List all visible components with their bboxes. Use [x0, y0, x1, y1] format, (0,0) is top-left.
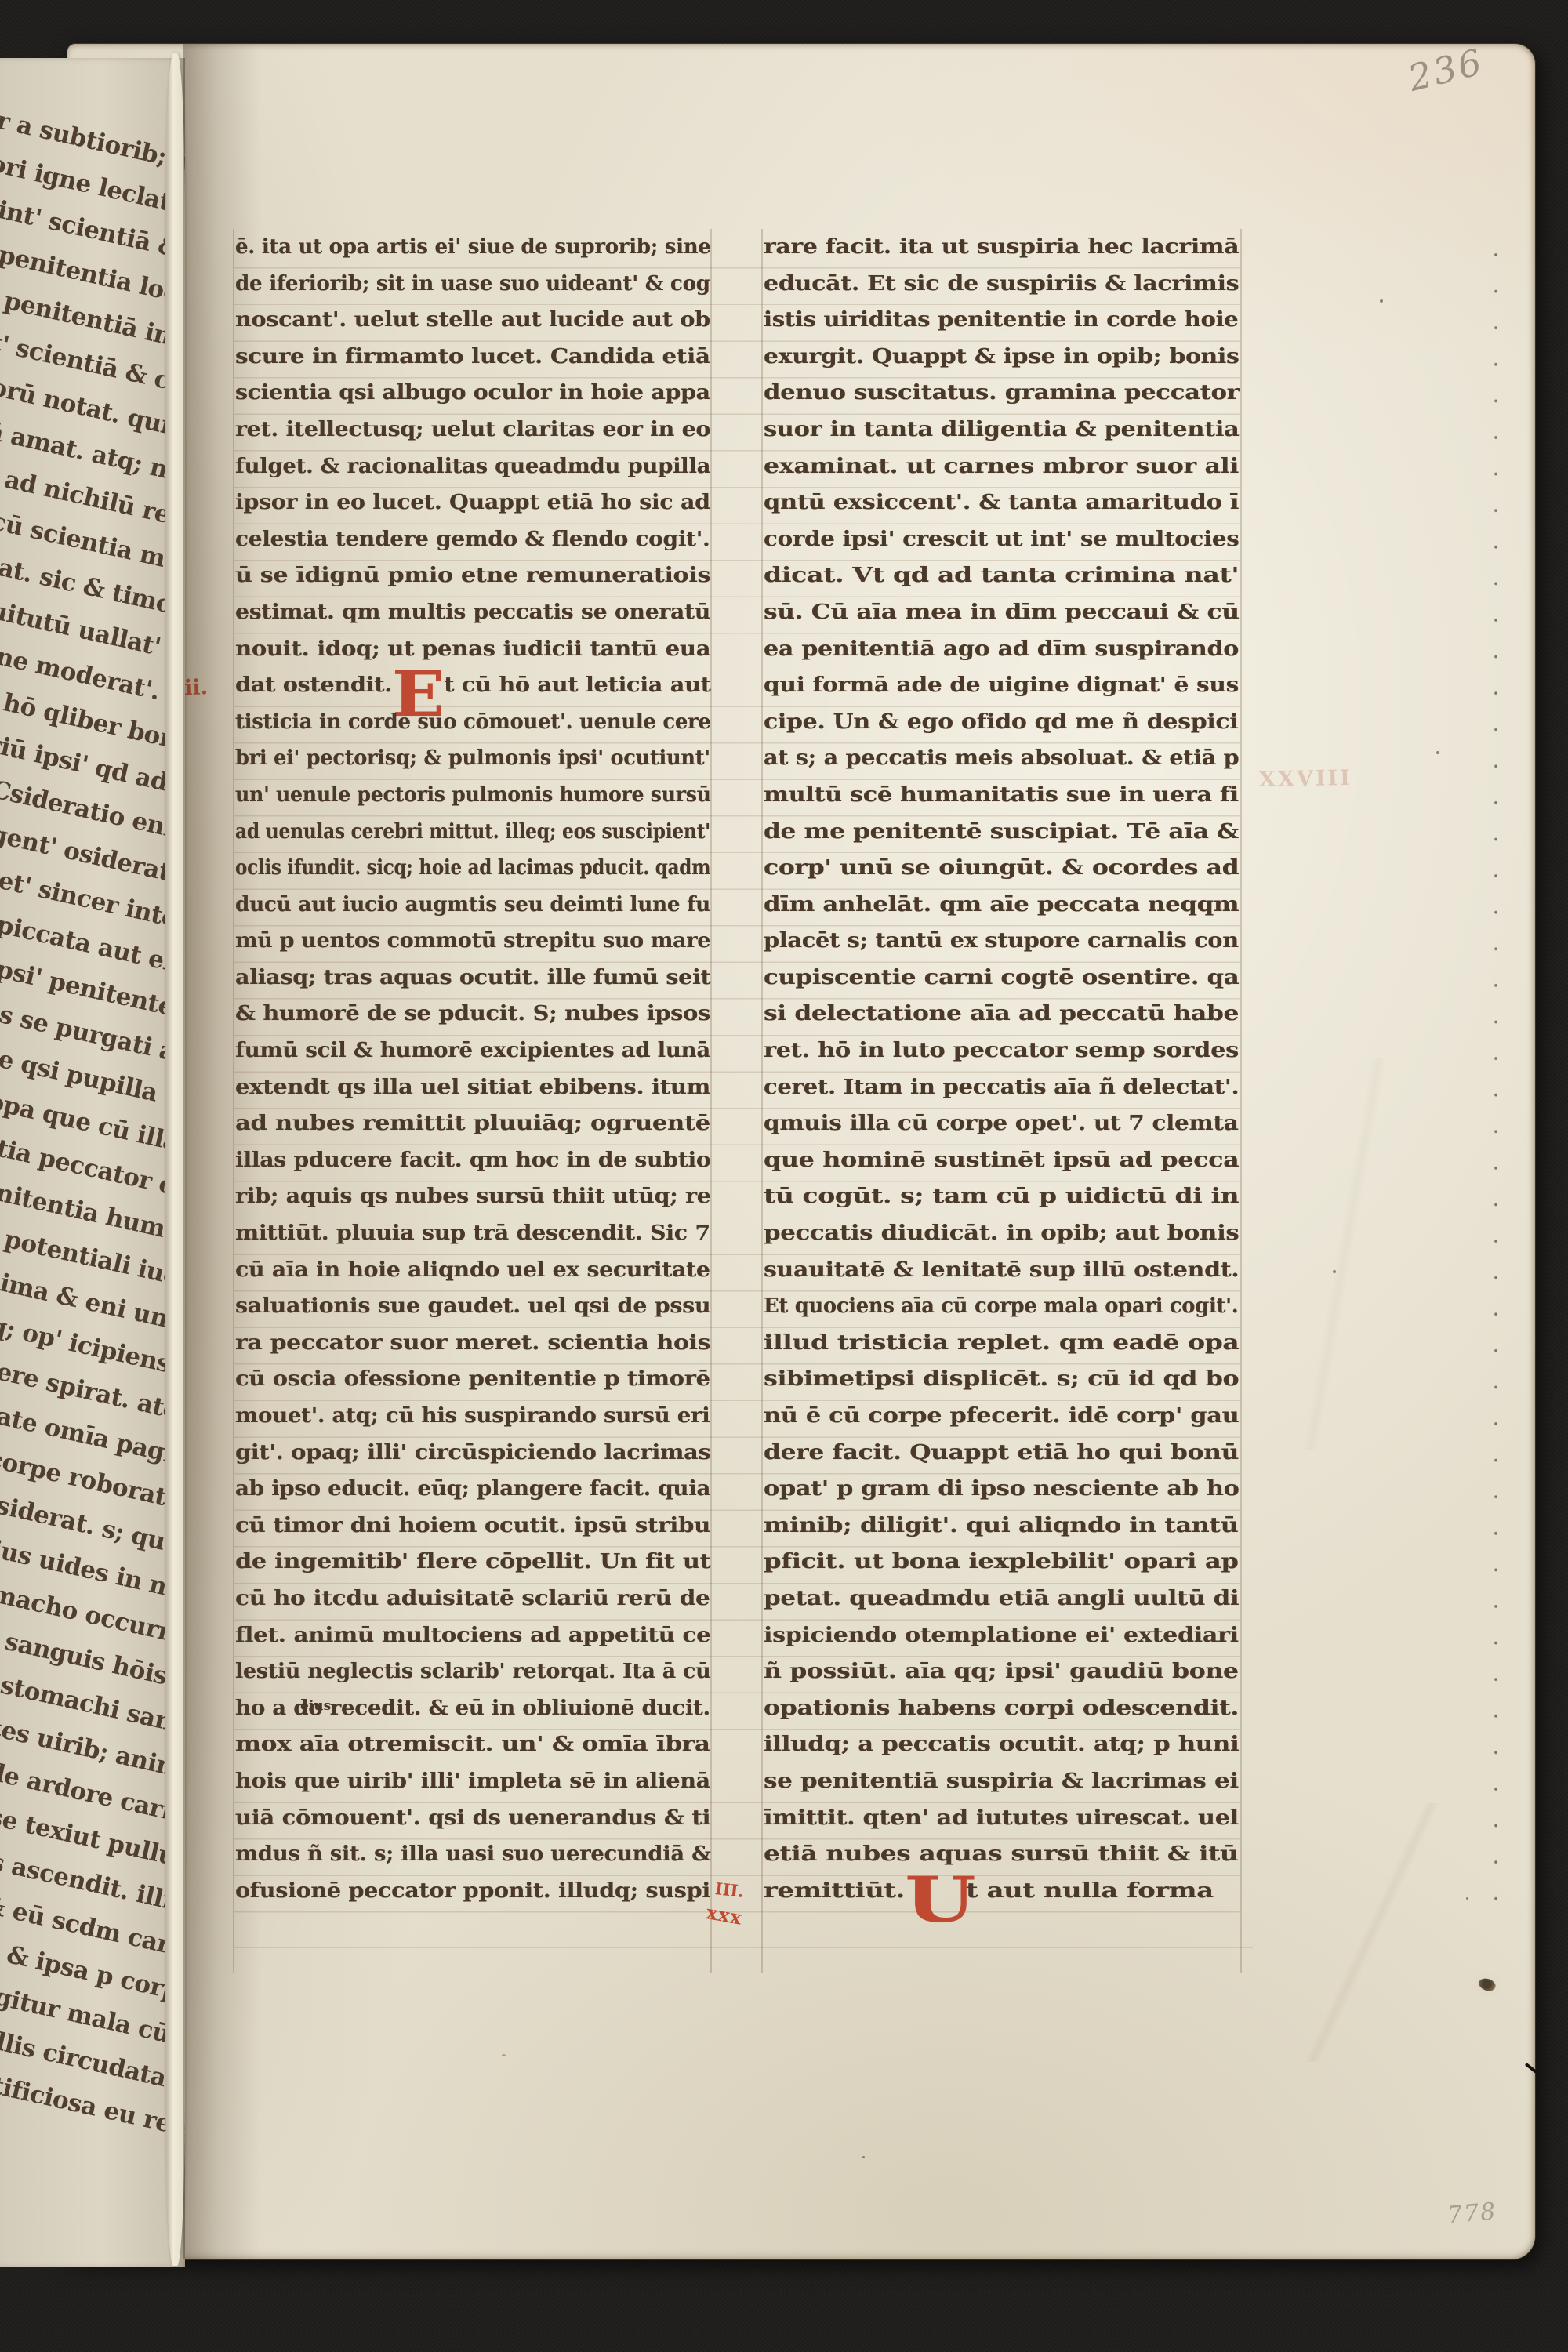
text-line: ispiciendo otemplatione ei' extediari: [764, 1617, 1239, 1654]
text-line: hois que uirib' illi' impleta sē in alie…: [235, 1763, 710, 1800]
text-line: cū oscia ofessione penitentie p timorē: [235, 1361, 710, 1398]
text-line: cupiscentie carni cogtē osentire. qa: [764, 960, 1239, 996]
text-line: qui formā ade de uigine dignat' ē sus: [764, 667, 1239, 704]
text-line: corp' unū se oiungūt. & ocordes ad: [764, 850, 1239, 887]
text-line: si delectatione aīa ad peccatū habe: [764, 996, 1239, 1033]
text-line: de ingemitib' flere cōpellit. Un fit ut: [235, 1544, 710, 1581]
text-line: ū se īdignū pmio etne remuneratiois: [235, 557, 710, 594]
text-line: ofusionē peccator pponit. illudq; suspi: [235, 1873, 710, 1910]
ruling-vertical-intercolumn-1: [710, 229, 712, 1973]
text-line: ret. itellectusq; uelut claritas eor in …: [235, 412, 710, 448]
interlinear-gloss: eius: [300, 1698, 331, 1714]
ink-speck: [1436, 751, 1439, 754]
text-line: scientia qsi albugo oculor in hoie appa: [235, 375, 710, 412]
text-line: educāt. Et sic de suspiriis & lacrimis: [764, 266, 1239, 303]
ink-speck: [1333, 1270, 1336, 1273]
text-line: mdus ñ sit. s; illa uasi suo uerecundiā …: [235, 1836, 710, 1873]
text-line: rare facit. ita ut suspiria hec lacrimā: [764, 229, 1239, 266]
facing-page-edge: her a subtiorib; aquis humpiori igne lec…: [0, 58, 185, 2267]
text-line: cū ho itcdu aduisitatē sclariū rerū de: [235, 1581, 710, 1617]
bottom-page-number: 778: [1446, 2198, 1498, 2229]
text-line: multū scē humanitatis sue in uera fi: [764, 777, 1239, 814]
text-line: ret. hō in luto peccator semp sordes: [764, 1033, 1239, 1069]
text-line: de me penitentē suscipiat. Tē aīa &: [764, 814, 1239, 851]
text-line: opat' p gram di ipso nesciente ab ho: [764, 1471, 1239, 1508]
ruling-vertical-intercolumn-2: [761, 229, 763, 1973]
text-line: sū. Cū aīa mea in dīm peccaui & cū: [764, 594, 1239, 631]
text-line: aliasq; tras aquas ocutit. ille fumū sei…: [235, 960, 710, 996]
text-line: ipsor in eo lucet. Quappt etiā ho sic ad: [235, 485, 710, 521]
text-line: minib; diligit'. qui aliqndo in tantū: [764, 1508, 1239, 1544]
text-column-right: rare facit. ita ut suspiria hec lacrimā …: [764, 229, 1239, 1909]
text-line: cū timor dni hoiem ocutit. ipsū stribu: [235, 1508, 710, 1544]
text-line: fumū scil & humorē excipientes ad lunā: [235, 1033, 710, 1069]
text-line: extendt qs illa uel sitiat ebibens. itum: [235, 1069, 710, 1106]
text-line: bri ei' pectorisq; & pulmonis ipsi' ocut…: [235, 740, 710, 777]
text-line: cipe. Un & ego ofido qd me ñ despici: [764, 704, 1239, 741]
text-line: ē. ita ut opa artis ei' siue de suprorib…: [235, 229, 710, 266]
text-line: saluationis sue gaudet. uel qsi de pssu: [235, 1288, 710, 1325]
text-line: peccatis diudicāt. in opib; aut bonis: [764, 1215, 1239, 1252]
margin-chapter-number-faded: XXVIII: [1259, 766, 1352, 792]
text-line: mittiūt. pluuia sup trā descendit. Sic 7: [235, 1215, 710, 1252]
text-line: lestiū neglectis sclarib' retorqat. Ita …: [235, 1653, 710, 1690]
text-line: celestia tendere gemdo & flendo cogit'.: [235, 521, 710, 558]
text-line: fulget. & racionalitas queadmdu pupilla: [235, 448, 710, 485]
text-line: remittiūt.Ut aut nulla forma: [764, 1873, 1239, 1910]
text-line: oclis ifundit. sicq; hoie ad lacimas pdu…: [235, 850, 710, 887]
text-line: illud tristicia replet. qm eadē opa: [764, 1325, 1239, 1362]
text-line: mouet'. atq; cū his suspirando sursū eri: [235, 1398, 710, 1435]
text-line: Et quociens aīa cū corpe mala opari cogi…: [764, 1288, 1239, 1325]
ruling-horizontal-long-3: [234, 1947, 1253, 1948]
text-line: scure in firmamto lucet. Candida etiā: [235, 339, 710, 376]
text-line: placēt s; tantū ex stupore carnalis con: [764, 923, 1239, 960]
ink-speck: [862, 2156, 865, 2158]
gutter-shadow: [183, 44, 261, 2259]
text-line: corde ipsi' crescit ut int' se multocies: [764, 521, 1239, 558]
text-line: examinat. ut carnes mbror suor ali: [764, 448, 1239, 485]
text-line: illas pducere facit. qm hoc in de subtio: [235, 1142, 710, 1179]
text-line: nū ē cū corpe pfecerit. idē corp' gau: [764, 1398, 1239, 1435]
text-line: estimat. qm multis peccatis se oneratū: [235, 594, 710, 631]
text-line: denuo suscitatus. gramina peccator: [764, 375, 1239, 412]
text-line: ad uenulas cerebri mittut. illeq; eos su…: [235, 814, 710, 851]
text-line: de iferiorib; sit in uase suo uideant' &…: [235, 266, 710, 303]
text-line: exurgit. Quappt & ipse in opib; bonis: [764, 339, 1239, 376]
ink-speck: [1466, 1897, 1468, 1900]
parchment-crease: [1176, 1058, 1513, 1450]
text-line: dīm anhelāt. qm aīe peccata neqqm: [764, 887, 1239, 924]
text-line: ra peccator suor meret. scientia hois: [235, 1325, 710, 1362]
text-line: ceret. Itam in peccatis aīa ñ delectat'.: [764, 1069, 1239, 1106]
text-line: petat. queadmdu etiā angli uultū di: [764, 1581, 1239, 1617]
text-line: ab ipso educit. eūq; plangere facit. qui…: [235, 1471, 710, 1508]
text-line: at s; a peccatis meis absoluat. & etiā p: [764, 740, 1239, 777]
text-line: & humorē de se pducit. S; nubes ipsos: [235, 996, 710, 1033]
text-line: dat ostendit.Et cū hō aut leticia aut: [235, 667, 710, 704]
text-line: etiā nubes aquas sursū thiit & itū: [764, 1836, 1239, 1873]
text-line: dere facit. Quappt etiā ho qui bonū: [764, 1435, 1239, 1472]
text-line: dicat. Vt qd ad tanta crimina nat': [764, 557, 1239, 594]
rubric-initial: U: [905, 1875, 966, 1925]
text-line: ad nubes remittit pluuiāq; ogruentē: [235, 1105, 710, 1142]
text-line: istis uiriditas penitentie in corde hoie: [764, 302, 1239, 339]
text-line: mox aīa otremiscit. un' & omīa ībra: [235, 1726, 710, 1763]
text-line: ñ possiūt. aīa qq; ipsi' gaudiū bone: [764, 1653, 1239, 1690]
text-line: rib; aquis qs nubes sursū thiit utūq; re: [235, 1178, 710, 1215]
text-line: īmittit. qten' ad iututes uirescat. uel: [764, 1800, 1239, 1837]
text-line: se penitentiā suspiria & lacrimas ei: [764, 1763, 1239, 1800]
text-line: tisticia in corde suo cōmouet'. uenule c…: [235, 704, 710, 741]
text-line: qmuis illa cū corpe opet'. ut 7 clemta: [764, 1105, 1239, 1142]
text-line: ducū aut iucio augmtis seu deimti lune f…: [235, 887, 710, 924]
text-line: que hominē sustinēt ipsū ad pecca: [764, 1142, 1239, 1179]
text-line: noscant'. uelut stelle aut lucide aut ob: [235, 302, 710, 339]
text-line: qntū exsiccent'. & tanta amaritudo ī: [764, 485, 1239, 521]
text-line: git'. opaq; illi' circūspiciendo lacrima…: [235, 1435, 710, 1472]
text-line: nouit. idoq; ut penas iudicii tantū eua: [235, 631, 710, 668]
text-line: flet. animū multociens ad appetitū ce: [235, 1617, 710, 1654]
text-line: cū aīa in hoie aliqndo uel ex securitate: [235, 1252, 710, 1289]
margin-chapter-number-iii: III.: [714, 1878, 745, 1901]
text-line: un' uenule pectoris pulmonis humore surs…: [235, 777, 710, 814]
text-line: tū cogūt. s; tam cū p uidictū di in: [764, 1178, 1239, 1215]
text-line: illudq; a peccatis ocutit. atq; p huni: [764, 1726, 1239, 1763]
text-line: uiā cōmouent'. qsi ds uenerandus & ti: [235, 1800, 710, 1837]
text-line: suauitatē & lenitatē sup illū ostendt.: [764, 1252, 1239, 1289]
text-line: suor in tanta diligentia & penitentia: [764, 412, 1239, 448]
text-line: opationis habens corpi odescendit.: [764, 1690, 1239, 1727]
text-line: pficit. ut bona iexplebilit' opari ap: [764, 1544, 1239, 1581]
text-line: ea penitentiā ago ad dīm suspirando: [764, 631, 1239, 668]
text-line: mū p uentos commotū strepitu suo mare: [235, 923, 710, 960]
text-line: sibimetipsi displicēt. s; cū id qd bo: [764, 1361, 1239, 1398]
parchment-crease: [1223, 1803, 1521, 2062]
ink-speck: [1380, 299, 1383, 303]
text-column-left: ē. ita ut opa artis ei' siue de suprorib…: [235, 229, 710, 1909]
manuscript-photo: { "folio": { "number": "236", "bottom_nu…: [0, 0, 1568, 2352]
ink-speck: [502, 2054, 506, 2056]
